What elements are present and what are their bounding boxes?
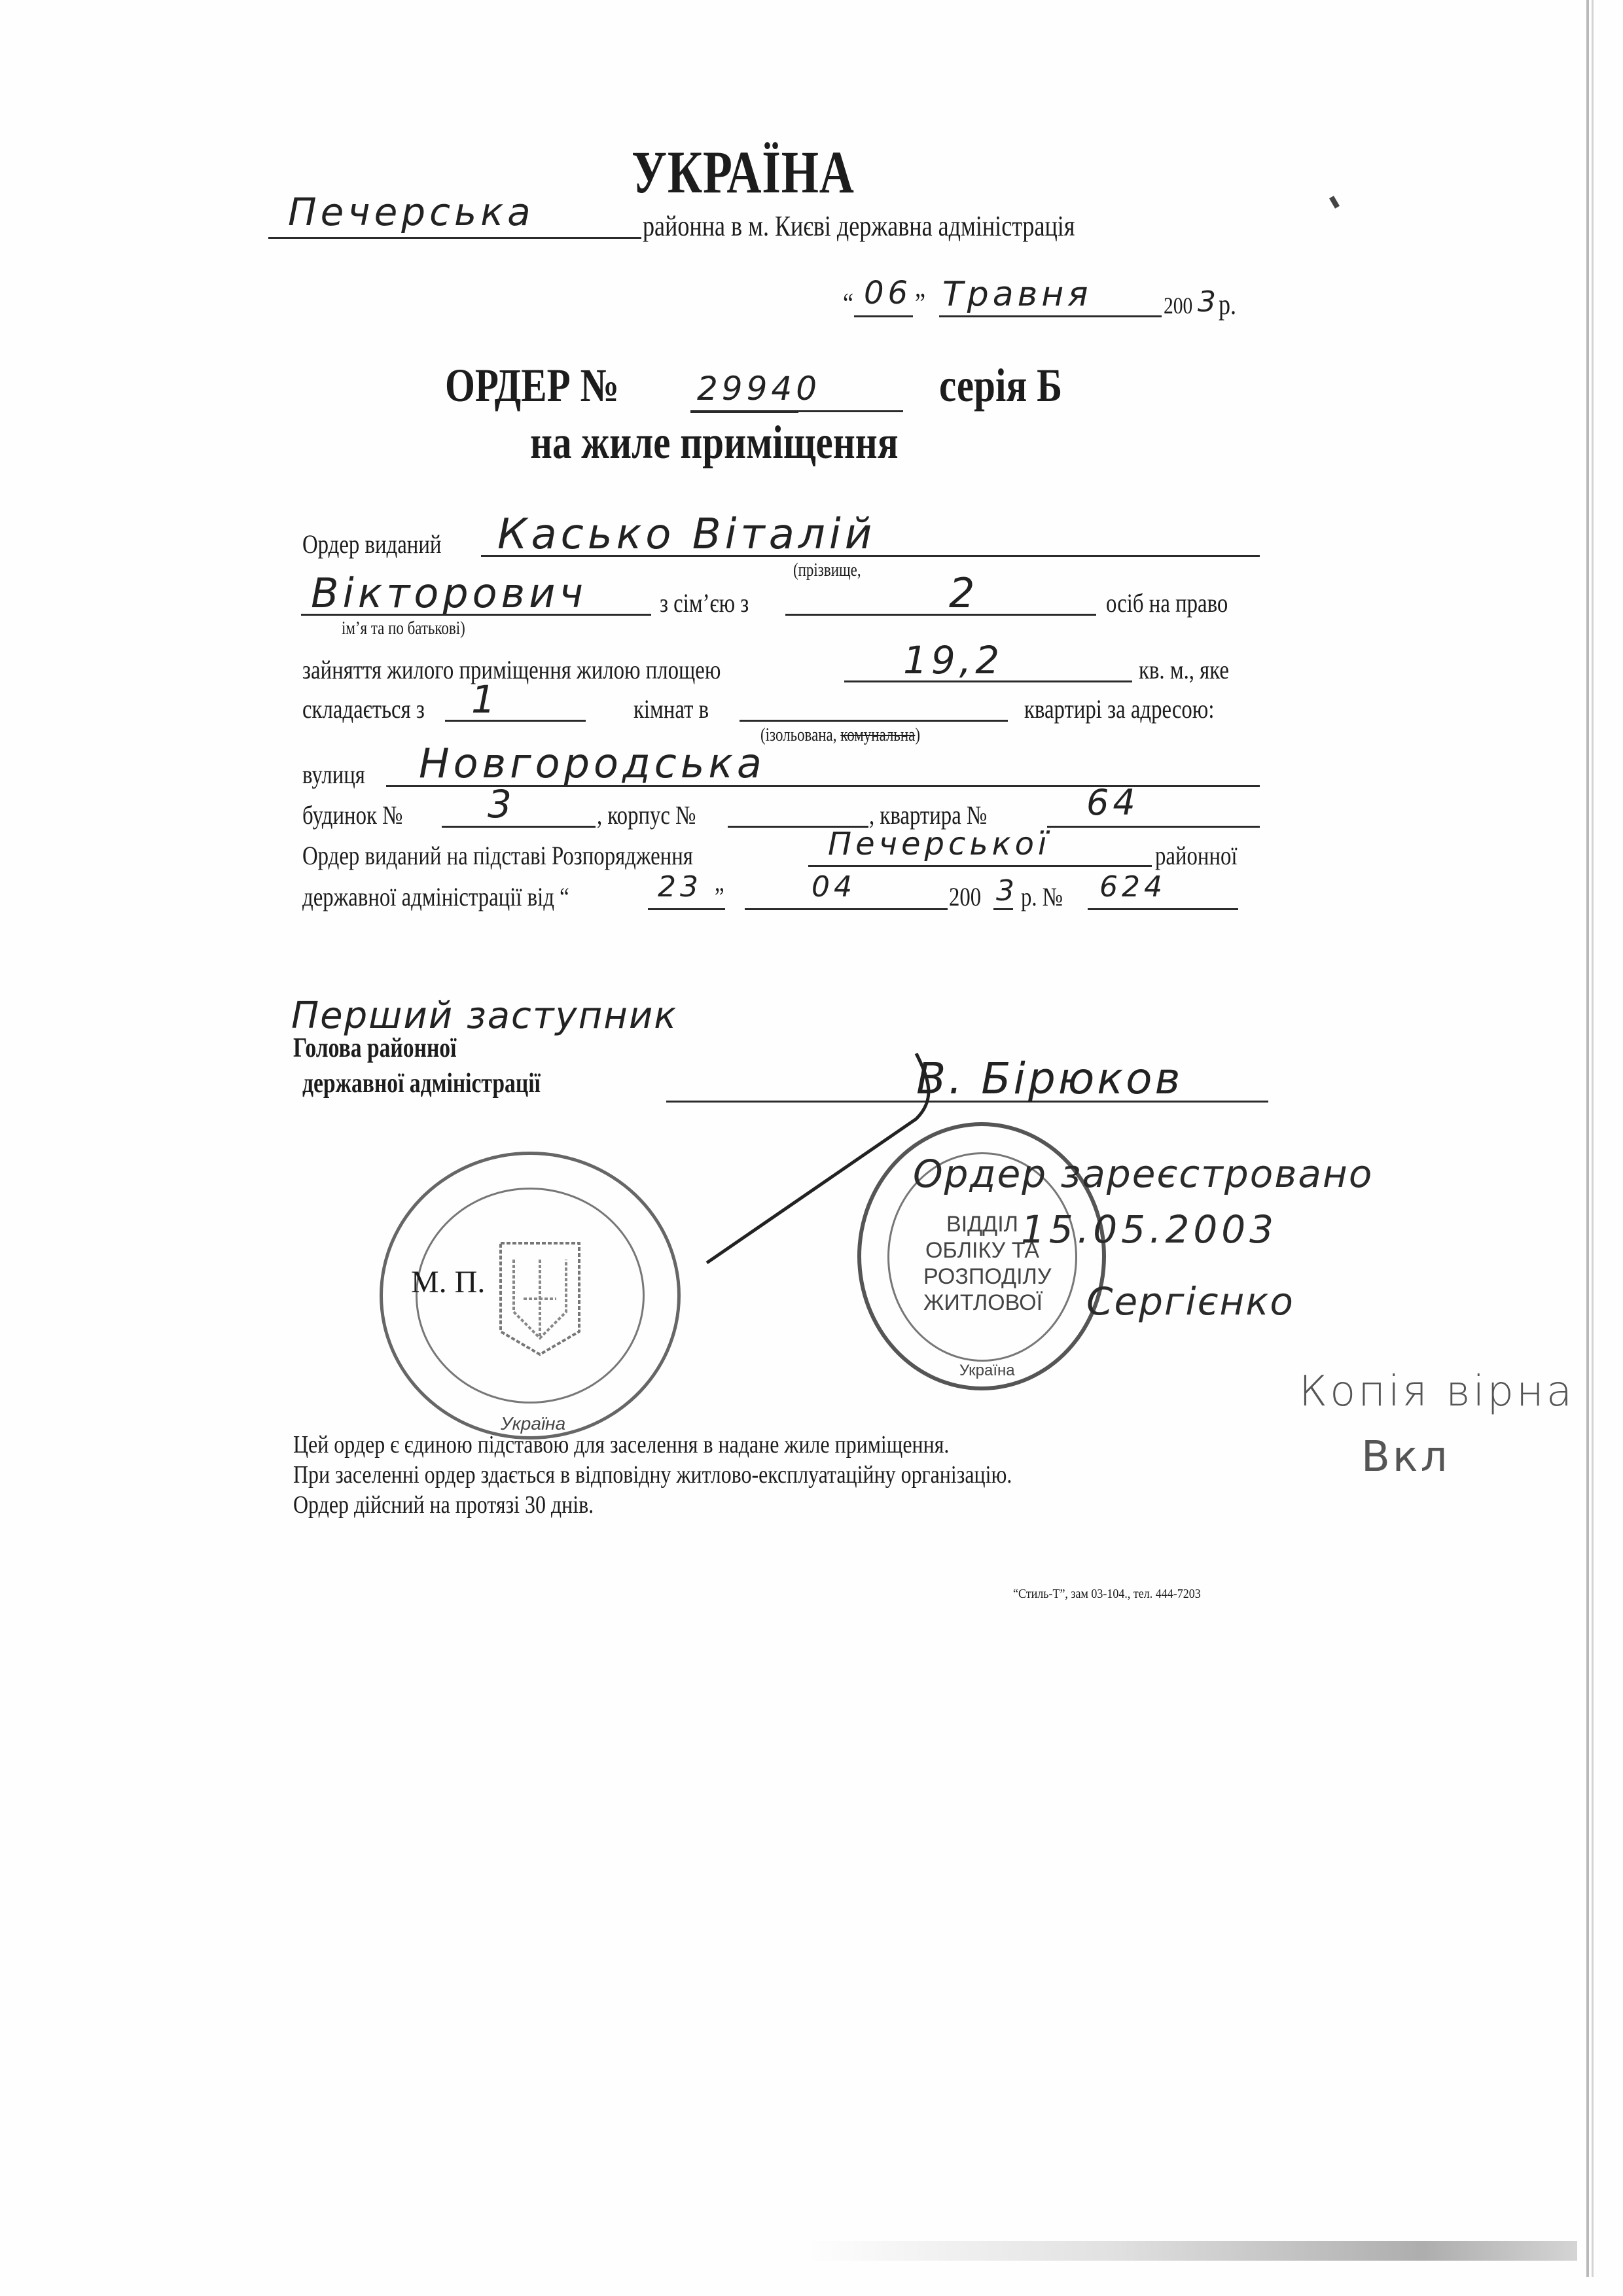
date-day: 06 [864, 275, 912, 311]
rooms-value: 1 [471, 677, 499, 722]
street-value: Новгородська [419, 739, 766, 787]
order-label: ОРДЕР № [445, 359, 619, 413]
area-value: 19,2 [903, 638, 1003, 682]
rooms-mid: кімнат в [633, 694, 709, 724]
street-label: вулиця [302, 759, 365, 790]
decree-year-underline [993, 908, 1013, 910]
date-month-underline [939, 315, 1162, 317]
patronymic-value: Вікторович [311, 569, 587, 617]
registry-bottom-text: Україна [959, 1362, 1015, 1380]
registry-note-date: 15.05.2003 [1021, 1207, 1277, 1252]
family-underline [785, 614, 1096, 616]
date-quote-open: “ [843, 287, 853, 320]
rooms-underline [445, 720, 586, 722]
decree-number: 624 [1099, 870, 1166, 904]
area-suffix: кв. м., яке [1139, 654, 1229, 685]
family-count: 2 [949, 569, 978, 617]
hint-isolated: (ізольована, [760, 725, 837, 745]
building-value: 3 [488, 782, 516, 826]
issued-to-label: Ордер виданий [302, 529, 441, 559]
copy-certified-note: Копія вірна [1299, 1368, 1575, 1416]
decree-day-underline [648, 908, 725, 910]
footer-line-2: При заселенні ордер здається в відповідн… [293, 1460, 1012, 1489]
order-subtitle: на жиле приміщення [530, 415, 899, 470]
hint-close: ) [915, 725, 920, 745]
patronymic-underline [301, 614, 651, 616]
family-label: з сім’єю з [660, 588, 749, 618]
date-year-suffix: р. [1219, 288, 1236, 321]
decree-quote-close: ” [715, 881, 724, 912]
apartment-type-underline [740, 720, 1008, 722]
hint-name: ім’я та по батькові) [342, 618, 465, 639]
registry-line: РОЗПОДІЛУ [923, 1263, 1041, 1290]
order-series: серія Б [939, 359, 1062, 413]
signer-name: В. Бірюков [916, 1053, 1183, 1104]
handwritten-position: Перший заступник [291, 995, 677, 1037]
footer-line-3: Ордер дійсний на протязі 30 днів. [293, 1491, 594, 1519]
decree-month-underline [745, 908, 948, 910]
decree-year-suffix: р. № [1021, 881, 1063, 912]
basis-district: Печерської [828, 826, 1050, 862]
scan-edge-line [1592, 0, 1594, 2277]
hint-surname: (прізвище, [793, 560, 861, 581]
basis-suffix: районної [1155, 840, 1238, 871]
printer-imprint: “Стиль-Т”, зам 03-104., тел. 444-7203 [1013, 1587, 1201, 1602]
date-year-prefix: 200 [1164, 292, 1192, 319]
decree-label: державної адміністрації від “ [302, 881, 569, 912]
building-label: будинок № [302, 800, 402, 830]
area-label: зайняття жилого приміщення жилою площею [302, 654, 721, 685]
decree-year-digit: 3 [996, 874, 1014, 908]
registry-note-line-1: Ордер зареєстровано [913, 1152, 1373, 1196]
family-suffix: осіб на право [1106, 588, 1228, 618]
building-underline [442, 826, 596, 828]
position-line-2: державної адміністрації [302, 1068, 541, 1099]
surname-name-value: Касько Віталій [497, 510, 876, 559]
flat-value: 64 [1086, 782, 1139, 823]
decree-year-prefix: 200 [949, 881, 981, 912]
decree-number-underline [1088, 908, 1238, 910]
date-day-underline [854, 315, 913, 317]
date-month: Травня [942, 275, 1092, 314]
scan-edge-line [1586, 0, 1589, 2277]
registry-note-signer: Сергієнко [1086, 1279, 1294, 1324]
district-suffix: районна в м. Києві державна адміністраці… [643, 209, 1075, 243]
flat-underline [1047, 826, 1260, 828]
basis-underline [808, 865, 1152, 867]
trident-coat-of-arms-icon [497, 1240, 582, 1358]
scan-speck [1329, 196, 1340, 209]
document-page: УКРАЇНА Печерська районна в м. Києві дер… [0, 0, 1623, 2296]
order-number-underline-ext [798, 410, 903, 412]
district-handwritten: Печерська [288, 190, 535, 234]
scan-noise-strip [805, 2241, 1577, 2261]
footer-line-1: Цей ордер є єдиною підставою для заселен… [293, 1430, 949, 1459]
surname-underline [481, 555, 1260, 557]
rooms-suffix: квартирі за адресою: [1024, 694, 1214, 724]
order-number-underline [690, 410, 798, 413]
position-line-1: Голова районної [293, 1033, 456, 1064]
district-underline [268, 237, 641, 239]
area-underline [844, 680, 1132, 682]
seal-place-label: М. П. [411, 1264, 485, 1300]
basis-label: Ордер виданий на підставі Розпорядження [302, 840, 693, 871]
decree-month: 04 [811, 870, 856, 904]
rooms-label: складається з [302, 694, 425, 724]
country-title: УКРАЇНА [632, 137, 855, 207]
registry-line: ЖИТЛОВОЇ [923, 1290, 1041, 1316]
date-year-digit: 3 [1198, 285, 1216, 319]
copy-certified-signature: Вкл [1361, 1433, 1450, 1481]
order-number: 29940 [697, 370, 821, 408]
date-quote-close: ” [915, 287, 925, 320]
hint-type: (ізольована, комунальна) [760, 725, 920, 746]
decree-day: 23 [658, 870, 702, 904]
corpus-label: , корпус № [597, 800, 696, 830]
hint-communal-struck: комунальна [840, 725, 915, 745]
